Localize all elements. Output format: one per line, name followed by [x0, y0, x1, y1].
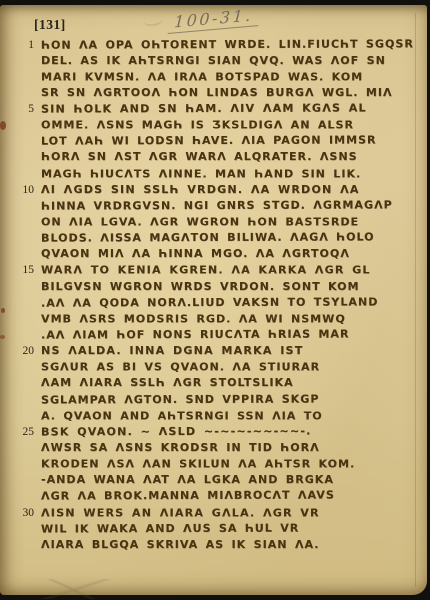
- manuscript-line: 30ΛISN WERS AN ΛIARA GΛLA. ΛGR VR: [6, 505, 420, 521]
- line-text: BSK QVAON. ~ ΛSLD ~-~-~-~~-~~-.: [41, 423, 312, 440]
- manuscript-line: VMB ΛSRS MODSRIS RGD. ΛA WI NSMWQ: [6, 311, 420, 327]
- line-number: [6, 488, 41, 504]
- line-text: BILGVSN WGRON WRDS VRDON. SONT KOM: [41, 279, 360, 295]
- manuscript-line: MAGҺ ҺIUCΛTS ΛINNE. MAN ҺAND SIN LIK.: [6, 166, 420, 182]
- manuscript-line: WIL IK WAKA AND ΛUS SA ҺUL VR: [6, 521, 420, 537]
- stain-speck: [1, 308, 5, 313]
- line-number: [6, 408, 41, 424]
- line-text: .AΛ ΛA QODA NORΛ.LIUD VAKSN TO TSYLAND: [41, 294, 378, 311]
- line-text: VMB ΛSRS MODSRIS RGD. ΛA WI NSMWQ: [41, 311, 346, 327]
- line-text: OMME. ΛSNS MAGҺ IS ƷKSLDIGΛ AN ALSR: [41, 118, 354, 134]
- line-number: 30: [6, 505, 41, 521]
- manuscript-line: DEL. AS IK AҺTSRNGI SIAN QVQ. WAS ΛOF SN: [6, 53, 420, 69]
- line-text: ҺORΛ SN ΛST ΛGR WARΛ ALQRATER. ΛSNS: [41, 149, 358, 165]
- line-text: ON ΛIA LGVA. ΛGR WGRON ҺON BASTSRDE: [41, 214, 359, 230]
- line-text: SIN ҺOLK AND SN ҺAM. ΛIV ΛAM KGΛS AL: [41, 100, 367, 117]
- manuscript-line: ΛWSR SA ΛSNS KRODSR IN TID ҺORΛ: [6, 440, 420, 456]
- line-text: SGΛUR AS BI VS QVAON. ΛA STIURAR: [41, 360, 320, 376]
- line-text: QVAON MIΛ ΛA ҺINNA MGO. ΛA ΛGRTOQΛ: [41, 246, 350, 262]
- manuscript-line: .AΛ ΛA QODA NORΛ.LIUD VAKSN TO TSYLAND: [6, 295, 420, 311]
- line-number: [6, 230, 41, 246]
- manuscript-line: LOT ΛAҺ WI LODSN ҺAVE. ΛIA PAGON IMMSR: [6, 133, 420, 149]
- line-text: DEL. AS IK AҺTSRNGI SIAN QVQ. WAS ΛOF SN: [41, 53, 386, 69]
- line-number: 20: [6, 343, 41, 359]
- line-number: [6, 246, 41, 262]
- stain-speck: [0, 121, 6, 130]
- manuscript-line: ҺINNA VRDRGVSN. NGI GNRS STGD. ΛGRMAGΛP: [6, 198, 420, 214]
- line-number: 1: [6, 37, 41, 53]
- manuscript-line: MARI KVMSN. ΛA IRΛA BOTSPAD WAS. KOM: [6, 69, 420, 85]
- line-number: [6, 214, 41, 230]
- line-text: SR SN ΛGRTOOΛ ҺON LINDAS BURGΛ WGL. MIΛ: [41, 85, 393, 101]
- line-number: [6, 149, 41, 165]
- line-number: 25: [6, 424, 41, 440]
- line-number: [6, 327, 41, 343]
- manuscript-line: KRODEN ΛSΛ ΛAN SKILUN ΛA AҺTSR KOM.: [6, 456, 420, 472]
- line-text: A. QVAON AND AҺTSRNGI SSN ΛIA TO: [41, 408, 323, 424]
- line-number: [6, 537, 41, 553]
- line-text: ΛIARA BLGQA SKRIVA AS IK SIAN ΛA.: [41, 537, 320, 553]
- line-text: KRODEN ΛSΛ ΛAN SKILUN ΛA AҺTSR KOM.: [41, 457, 355, 473]
- manuscript-line: A. QVAON AND AҺTSRNGI SSN ΛIA TO: [6, 408, 420, 424]
- line-number: [6, 117, 41, 133]
- line-number: [6, 85, 41, 101]
- manuscript-page: [131] 100-31. 1ҺON ΛA OPA OҺTORENT WRDE.…: [0, 5, 427, 595]
- line-number: [6, 440, 41, 456]
- line-text: ҺON ΛA OPA OҺTORENT WRDE. LIN.FIUCҺT SGQ…: [41, 36, 414, 53]
- manuscript-line: ΛIARA BLGQA SKRIVA AS IK SIAN ΛA.: [6, 537, 420, 553]
- line-text: BLODS. ΛISSA MAGΛTON BILIWA. ΛAGΛ ҺOLO: [41, 230, 375, 247]
- line-text: ΛWSR SA ΛSNS KRODSR IN TID ҺORΛ: [41, 440, 320, 456]
- manuscript-line: SGLAMPAR ΛGTON. SND VPPIRA SKGP: [6, 392, 420, 408]
- line-number: [6, 375, 41, 391]
- manuscript-line: -ANDA WANA ΛAT ΛA LGKA AND BRGKA: [6, 472, 420, 488]
- manuscript-line: ON ΛIA LGVA. ΛGR WGRON ҺON BASTSRDE: [6, 214, 420, 230]
- line-number: [6, 521, 41, 537]
- line-text: WIL IK WAKA AND ΛUS SA ҺUL VR: [41, 520, 299, 537]
- line-number: [6, 133, 41, 149]
- manuscript-line: 1ҺON ΛA OPA OҺTORENT WRDE. LIN.FIUCҺT SG…: [6, 37, 420, 53]
- line-number: [6, 295, 41, 311]
- folio-number: [131]: [34, 17, 66, 33]
- manuscript-line: QVAON MIΛ ΛA ҺINNA MGO. ΛA ΛGRTOQΛ: [6, 246, 420, 262]
- manuscript-line: SR SN ΛGRTOOΛ ҺON LINDAS BURGΛ WGL. MIΛ: [6, 85, 420, 101]
- line-number: [6, 359, 41, 375]
- line-text: NS ΛALDA. INNA DGNA MARKA IST: [41, 343, 303, 359]
- line-number: [6, 166, 41, 182]
- line-text: LOT ΛAҺ WI LODSN ҺAVE. ΛIA PAGON IMMSR: [41, 133, 377, 150]
- manuscript-line: BILGVSN WGRON WRDS VRDON. SONT KOM: [6, 279, 420, 295]
- line-text: ΛISN WERS AN ΛIARA GΛLA. ΛGR VR: [41, 505, 320, 521]
- line-text: MAGҺ ҺIUCΛTS ΛINNE. MAN ҺAND SIN LIK.: [41, 166, 361, 182]
- line-number: [6, 198, 41, 214]
- manuscript-line: ҺORΛ SN ΛST ΛGR WARΛ ALQRATER. ΛSNS: [6, 149, 420, 165]
- line-number: [6, 69, 41, 85]
- line-number: [6, 392, 41, 408]
- line-text: MARI KVMSN. ΛA IRΛA BOTSPAD WAS. KOM: [41, 69, 363, 85]
- manuscript-line: ΛAM ΛIARA SSLҺ ΛGR STOLTSLIKA: [6, 375, 420, 391]
- line-text: WARΛ TO KENIA KGREN. ΛA KARKA ΛGR GL: [41, 263, 371, 279]
- manuscript-line: ΛGR ΛA BROK.MANNA MIΛBROCΛT ΛAVS: [6, 488, 420, 504]
- manuscript-lines: 1ҺON ΛA OPA OҺTORENT WRDE. LIN.FIUCҺT SG…: [6, 37, 420, 554]
- stain-speck: [0, 335, 5, 339]
- line-number: 15: [6, 262, 41, 278]
- manuscript-line: 20NS ΛALDA. INNA DGNA MARKA IST: [6, 343, 420, 359]
- manuscript-line: 25BSK QVAON. ~ ΛSLD ~-~-~-~~-~~-.: [6, 424, 420, 440]
- line-text: ҺINNA VRDRGVSN. NGI GNRS STGD. ΛGRMAGΛP: [41, 197, 393, 214]
- manuscript-line: 10ΛI ΛGDS SIN SSLҺ VRDGN. ΛA WRDON ΛA: [6, 182, 420, 198]
- pencil-annotation: 100-31.: [168, 5, 260, 34]
- line-text: ΛAM ΛIARA SSLҺ ΛGR STOLTSLIKA: [41, 375, 294, 391]
- pencil-scribble: [142, 13, 163, 28]
- line-number: [6, 472, 41, 488]
- line-text: SGLAMPAR ΛGTON. SND VPPIRA SKGP: [41, 391, 319, 408]
- line-number: [6, 53, 41, 69]
- manuscript-line: 15WARΛ TO KENIA KGREN. ΛA KARKA ΛGR GL: [6, 262, 420, 278]
- line-number: 10: [6, 182, 41, 198]
- manuscript-line: BLODS. ΛISSA MAGΛTON BILIWA. ΛAGΛ ҺOLO: [6, 230, 420, 246]
- line-number: [6, 311, 41, 327]
- manuscript-line: SGΛUR AS BI VS QVAON. ΛA STIURAR: [6, 359, 420, 375]
- manuscript-line: OMME. ΛSNS MAGҺ IS ƷKSLDIGΛ AN ALSR: [6, 117, 420, 133]
- line-text: ΛGR ΛA BROK.MANNA MIΛBROCΛT ΛAVS: [41, 488, 335, 505]
- manuscript-line: .AΛ ΛIAM ҺOF NONS RIUCΛTA ҺRIAS MAR: [6, 327, 420, 343]
- line-text: .AΛ ΛIAM ҺOF NONS RIUCΛTA ҺRIAS MAR: [41, 326, 350, 343]
- line-text: ΛI ΛGDS SIN SSLҺ VRDGN. ΛA WRDON ΛA: [41, 182, 360, 198]
- line-text: -ANDA WANA ΛAT ΛA LGKA AND BRGKA: [41, 472, 334, 488]
- pencil-smudge: [18, 579, 128, 599]
- line-number: 5: [6, 101, 41, 117]
- line-number: [6, 279, 41, 295]
- manuscript-line: 5SIN ҺOLK AND SN ҺAM. ΛIV ΛAM KGΛS AL: [6, 101, 420, 117]
- line-number: [6, 456, 41, 472]
